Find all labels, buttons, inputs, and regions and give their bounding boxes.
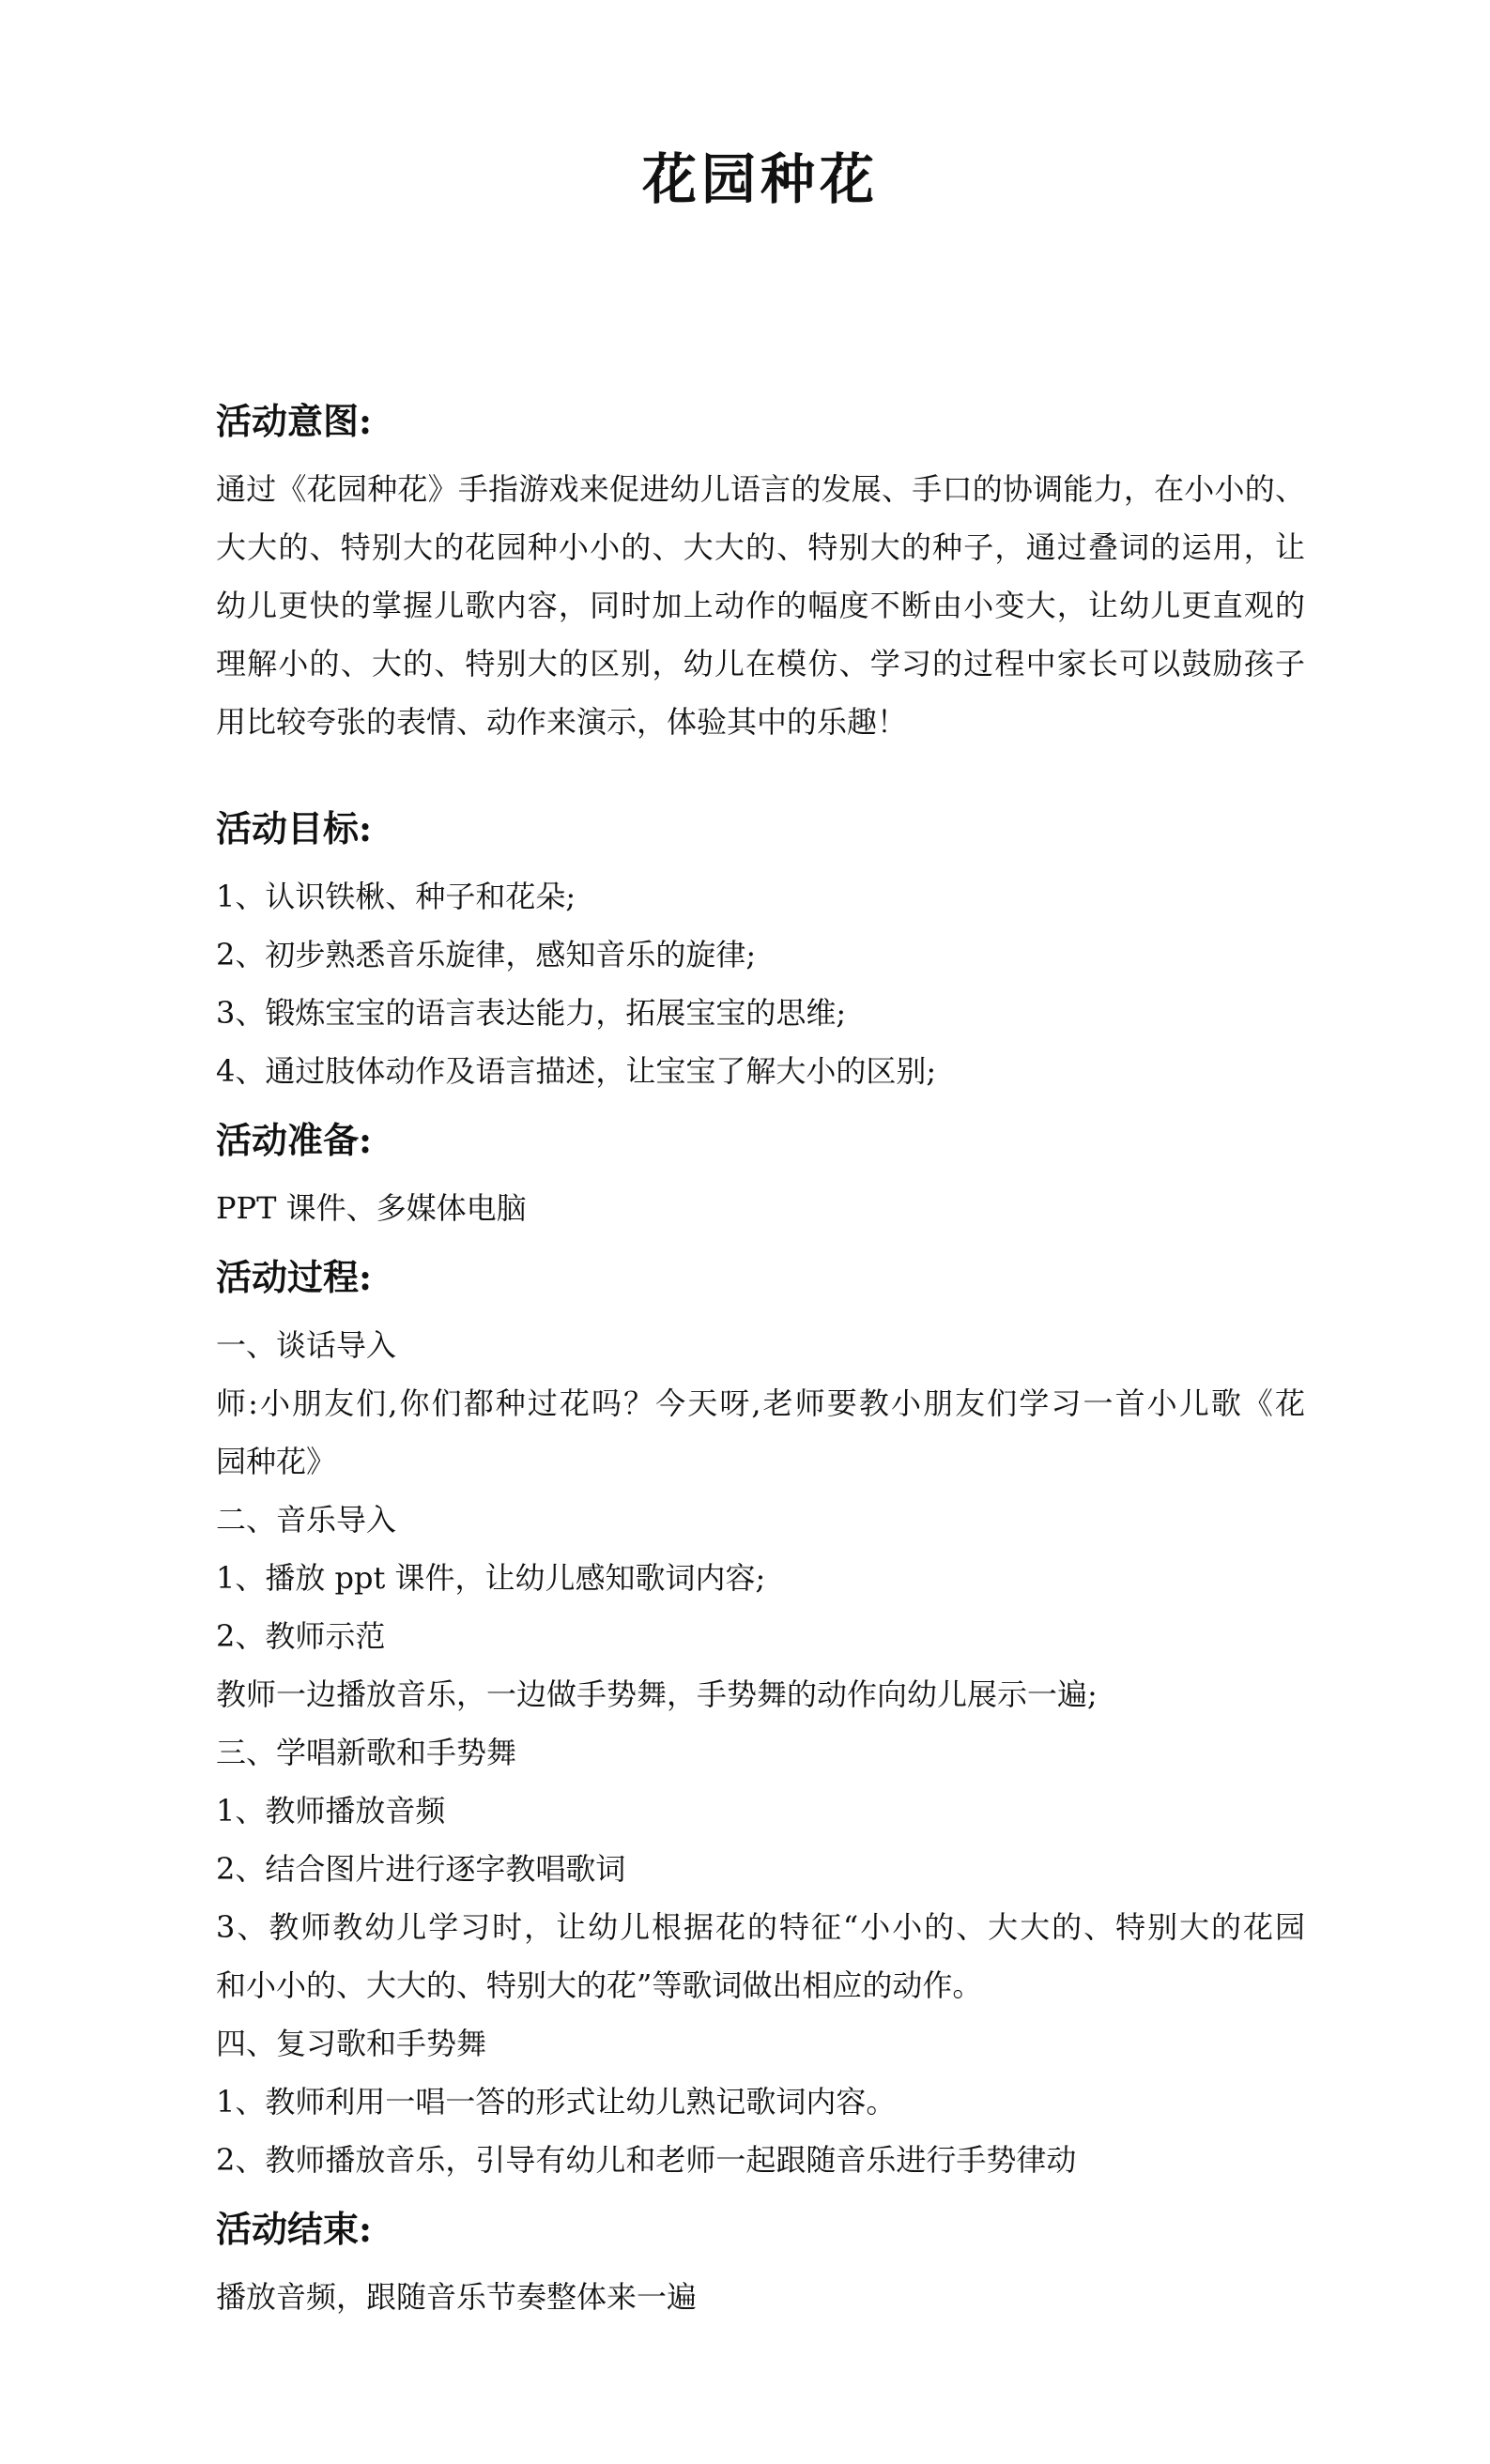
text-line: 2、结合图片进行逐字教唱歌词 bbox=[216, 1840, 1305, 1898]
text-line: 1、认识铁楸、种子和花朵; bbox=[216, 867, 1305, 926]
text-line: 和小小的、大大的、特别大的花”等歌词做出相应的动作。 bbox=[216, 1956, 1305, 2014]
section-heading: 活动过程: bbox=[216, 1248, 1305, 1307]
text-line: 3、锻炼宝宝的语言表达能力，拓展宝宝的思维; bbox=[216, 984, 1305, 1042]
text-line: 1、播放 ppt 课件，让幼儿感知歌词内容; bbox=[216, 1549, 1305, 1607]
section-heading: 活动目标: bbox=[216, 800, 1305, 858]
text-line: 一、谈话导入 bbox=[216, 1316, 1305, 1374]
text-line: 2、教师播放音乐，引导有幼儿和老师一起跟随音乐进行手势律动 bbox=[216, 2131, 1305, 2189]
text-line: 4、通过肢体动作及语言描述，让宝宝了解大小的区别; bbox=[216, 1042, 1305, 1100]
text-line: 2、初步熟悉音乐旋律，感知音乐的旋律; bbox=[216, 926, 1305, 984]
text-line: 幼儿更快的掌握儿歌内容，同时加上动作的幅度不断由小变大，让幼儿更直观的 bbox=[216, 576, 1305, 635]
text-line: 理解小的、大的、特别大的区别，幼儿在模仿、学习的过程中家长可以鼓励孩子 bbox=[216, 635, 1305, 693]
section-heading: 活动意图: bbox=[216, 392, 1305, 451]
text-line: 1、教师播放音频 bbox=[216, 1782, 1305, 1840]
text-line: PPT 课件、多媒体电脑 bbox=[216, 1179, 1305, 1237]
document-title: 花园种花 bbox=[216, 150, 1305, 208]
text-line: 园种花》 bbox=[216, 1432, 1305, 1491]
text-line: 1、教师利用一唱一答的形式让幼儿熟记歌词内容。 bbox=[216, 2073, 1305, 2131]
text-line: 二、音乐导入 bbox=[216, 1491, 1305, 1549]
text-line: 通过《花园种花》手指游戏来促进幼儿语言的发展、手口的协调能力，在小小的、 bbox=[216, 460, 1305, 518]
text-line: 四、复习歌和手势舞 bbox=[216, 2014, 1305, 2073]
document-body: 活动意图:通过《花园种花》手指游戏来促进幼儿语言的发展、手口的协调能力，在小小的… bbox=[216, 392, 1305, 2326]
text-line: 2、教师示范 bbox=[216, 1607, 1305, 1665]
text-line: 用比较夸张的表情、动作来演示，体验其中的乐趣！ bbox=[216, 693, 1305, 751]
text-line: 教师一边播放音乐，一边做手势舞，手势舞的动作向幼儿展示一遍; bbox=[216, 1665, 1305, 1723]
section-heading: 活动结束: bbox=[216, 2200, 1305, 2258]
text-line: 大大的、特别大的花园种小小的、大大的、特别大的种子，通过叠词的运用，让 bbox=[216, 518, 1305, 576]
text-line: 播放音频，跟随音乐节奏整体来一遍 bbox=[216, 2268, 1305, 2326]
document-page: 花园种花 活动意图:通过《花园种花》手指游戏来促进幼儿语言的发展、手口的协调能力… bbox=[0, 0, 1490, 2464]
section-heading: 活动准备: bbox=[216, 1111, 1305, 1170]
text-line: 师:小朋友们,你们都种过花吗？今天呀,老师要教小朋友们学习一首小儿歌《花 bbox=[216, 1374, 1305, 1432]
text-line: 三、学唱新歌和手势舞 bbox=[216, 1723, 1305, 1782]
text-line: 3、教师教幼儿学习时，让幼儿根据花的特征“小小的、大大的、特别大的花园 bbox=[216, 1898, 1305, 1956]
